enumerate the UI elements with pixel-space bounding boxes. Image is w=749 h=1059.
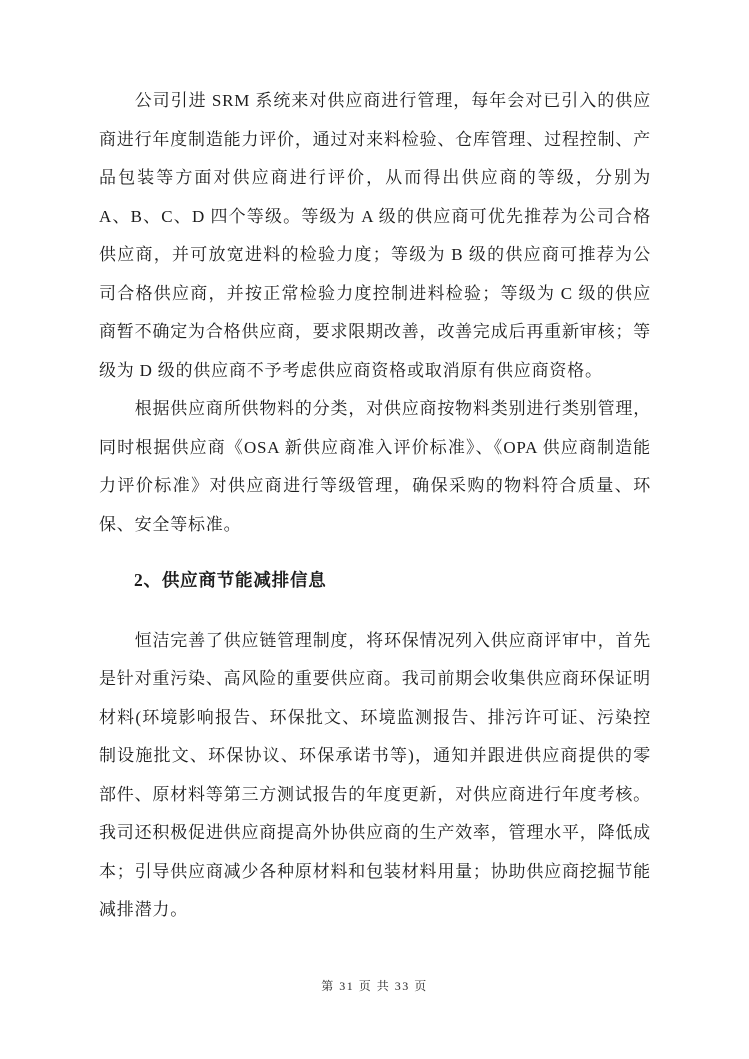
section-heading-energy-saving: 2、供应商节能减排信息 xyxy=(99,561,651,600)
paragraph-srm-management: 公司引进 SRM 系统来对供应商进行管理，每年会对已引入的供应商进行年度制造能力… xyxy=(99,82,651,390)
page-number-footer: 第 31 页 共 33 页 xyxy=(0,977,749,994)
document-body: 公司引进 SRM 系统来对供应商进行管理，每年会对已引入的供应商进行年度制造能力… xyxy=(99,82,651,930)
paragraph-supply-chain-environment: 恒洁完善了供应链管理制度，将环保情况列入供应商评审中，首先是针对重污染、高风险的… xyxy=(99,622,651,930)
document-page: 公司引进 SRM 系统来对供应商进行管理，每年会对已引入的供应商进行年度制造能力… xyxy=(0,0,749,1059)
paragraph-material-classification: 根据供应商所供物料的分类，对供应商按物料类别进行类别管理，同时根据供应商《OSA… xyxy=(99,390,651,544)
